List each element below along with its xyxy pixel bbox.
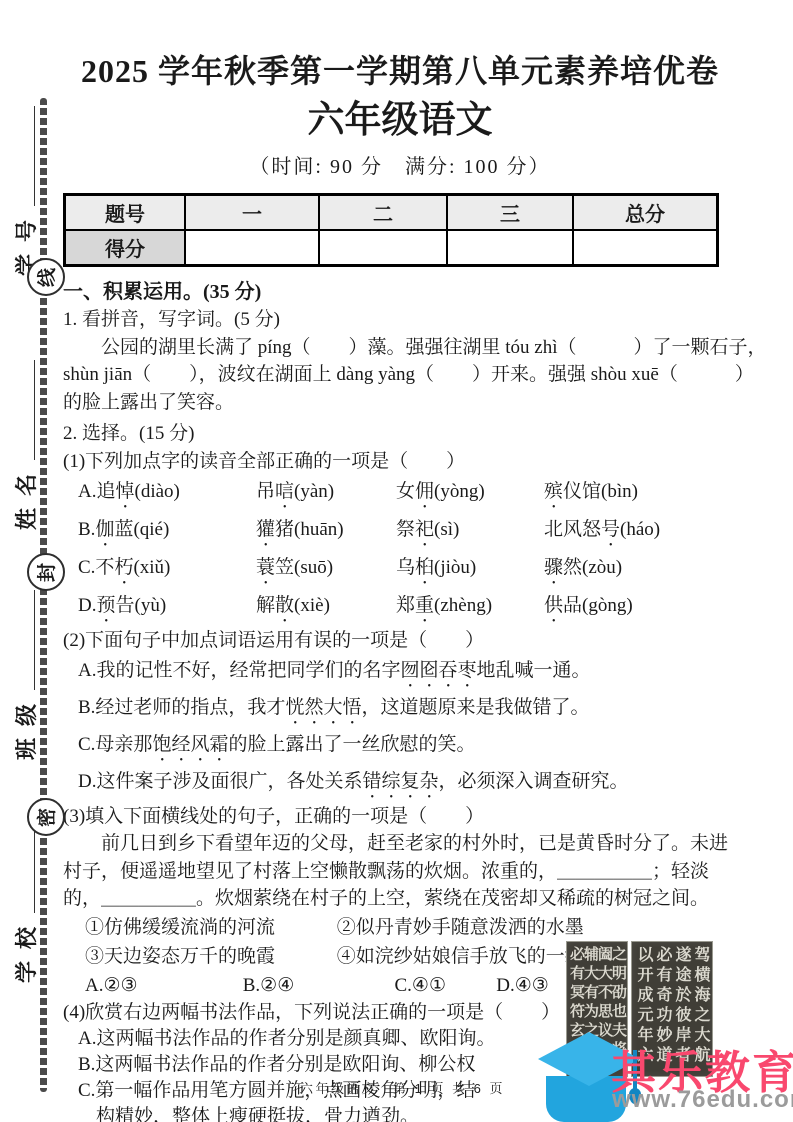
q2-1-c-1: C.不朽(xiǔ) — [78, 551, 256, 589]
q2-3-item-2: ②似丹青妙手随意泼洒的水墨 — [337, 917, 584, 938]
q2-3-items-row-1: ①仿佛缓缓流淌的河流 ②似丹青妙手随意泼洒的水墨 — [85, 913, 737, 942]
q2-3-stem: (3)填入下面横线处的句子，正确的一项是（ ） — [63, 803, 737, 831]
q2-1-d-2: 解散(xiè) — [256, 589, 396, 627]
q2-2-option-b: B.经过老师的指点，我才恍然大悟，这道题原来是我做错了。 — [78, 692, 737, 729]
q2-3-passage-2: 村子，便遥遥地望见了村落上空懒散飘荡的炊烟。浓重的，＿＿＿＿＿；轻淡 — [63, 858, 737, 886]
exam-title: 2025 学年秋季第一学期第八单元素养培优卷 — [63, 50, 737, 92]
calligraphy-panel-right: 以开成元年六 必有奇功妙道 遂途於彼岸者 驾横海之大航 — [631, 941, 713, 1077]
exam-meta: （时间: 90 分 满分: 100 分） — [63, 154, 737, 180]
calligraphy-column: 之明劭也夫将 — [611, 946, 625, 1074]
q2-1-option-grid: A.追悼(diào) 吊唁(yàn) 女佣(yòng) 殡仪馆(bìn) B.伽… — [78, 475, 737, 627]
q2-1-stem: (1)下列加点字的读音全部正确的一项是（ ） — [63, 448, 737, 476]
score-table-col-qnum: 题号 — [65, 195, 186, 231]
seal-char-line: 线 — [27, 258, 65, 296]
q1-line-2: shùn jiān（ ），波纹在湖面上 dàng yàng（ ）开来。强强 sh… — [63, 361, 737, 389]
field-class: 班级 — [11, 580, 39, 760]
q2-3-answer-d: D.④③ — [496, 975, 549, 996]
q2-2-option-d: D.这件案子涉及面很广，各处关系错综复杂，必须深入调查研究。 — [78, 766, 737, 803]
calligraphy-column: 阖大不思议之 — [597, 946, 611, 1074]
q2-3-passage-3: 的，＿＿＿＿＿。炊烟萦绕在村子的上空，萦绕在茂密却又稀疏的树冠之间。 — [63, 885, 737, 913]
q2-1-a-1: A.追悼(diào) — [78, 475, 256, 513]
score-table-header-row: 题号 一 二 三 总分 — [65, 195, 718, 231]
field-name-blank — [16, 360, 35, 460]
exam-subtitle: 六年级语文 — [63, 98, 737, 144]
calligraphy-column: 以开成元年六 — [635, 946, 652, 1074]
page-footer: 六年级语文 第 1 页 共 6 页 — [300, 1078, 505, 1097]
q2-2-stem: (2)下面句子中加点词语运用有误的一项是（ ） — [63, 627, 737, 655]
q2-1-c-4: 骤然(zòu) — [544, 551, 737, 589]
score-table-col-total: 总分 — [573, 195, 718, 231]
field-name-label: 姓名 — [10, 462, 41, 530]
q2-3-item-3: ③天边姿态万千的晚霞 — [85, 942, 332, 971]
calligraphy-column: 必有冥符玄契 — [569, 946, 583, 1074]
q2-3-passage-1: 前几日到乡下看望年迈的父母，赶至老家的村外时，已是黄昏时分了。未进 — [63, 830, 737, 858]
q2-title: 2. 选择。(15 分) — [63, 420, 737, 448]
q2-1-b-4: 北风怒号(háo) — [544, 513, 737, 551]
q1-title: 1. 看拼音，写字词。(5 分) — [63, 306, 737, 334]
q2-1-a-3: 女佣(yòng) — [396, 475, 544, 513]
score-table-col-three: 三 — [447, 195, 573, 231]
field-student-id-blank — [16, 106, 35, 206]
q2-1-d-4: 供品(gòng) — [544, 589, 737, 627]
seal-cut-line — [40, 98, 47, 1092]
q2-3-answer-c: C.④① — [395, 971, 492, 1000]
seal-char-feng-text: 封 — [32, 562, 59, 581]
seal-char-line-text: 线 — [32, 267, 59, 286]
q2-1-c-2: 蓑笠(suō) — [256, 551, 396, 589]
calligraphy-column: 辅大有为之君 — [583, 946, 597, 1074]
score-cell-total — [573, 230, 718, 266]
score-table-score-row: 得分 — [65, 230, 718, 266]
calligraphy-artworks: 必有冥符玄契 辅大有为之君 阖大不思议之 之明劭也夫将 以开成元年六 必有奇功妙… — [566, 941, 713, 1077]
score-table-col-two: 二 — [319, 195, 447, 231]
score-table: 题号 一 二 三 总分 得分 — [63, 193, 719, 267]
q1-line-3: 的脸上露出了笑容。 — [63, 389, 737, 417]
field-class-label: 班级 — [10, 692, 41, 760]
field-school-label: 学校 — [10, 915, 41, 983]
q2-1-c-3: 乌桕(jiòu) — [396, 551, 544, 589]
q1-line-1: 公园的湖里长满了 píng（ ）藻。强强往湖里 tóu zhì（ ）了一颗石子， — [63, 334, 737, 362]
seal-char-feng: 封 — [27, 553, 65, 591]
q2-1-b-1: B.伽蓝(qié) — [78, 513, 256, 551]
q2-3-answer-b: B.②④ — [243, 971, 390, 1000]
field-name: 姓名 — [11, 350, 39, 530]
q2-2-option-c: C.母亲那饱经风霜的脸上露出了一丝欣慰的笑。 — [78, 729, 737, 766]
q2-3-item-1: ①仿佛缓缓流淌的河流 — [85, 913, 332, 942]
q2-1-a-4: 殡仪馆(bìn) — [544, 475, 737, 513]
seal-char-mi-text: 密 — [32, 807, 59, 826]
calligraphy-column: 必有奇功妙道 — [654, 946, 671, 1074]
score-table-col-one: 一 — [185, 195, 319, 231]
field-class-blank — [16, 590, 35, 690]
q2-1-b-2: 獾猪(huān) — [256, 513, 396, 551]
score-cell-one — [185, 230, 319, 266]
field-student-id: 学号 — [11, 96, 39, 276]
score-cell-two — [319, 230, 447, 266]
calligraphy-panel-left: 必有冥符玄契 辅大有为之君 阖大不思议之 之明劭也夫将 — [566, 941, 628, 1077]
q2-4-option-c-wrap: 构精妙，整体上瘦硬挺拔，骨力遒劲。 — [96, 1104, 737, 1122]
q2-3-answer-a: A.②③ — [85, 971, 238, 1000]
q2-2-option-a: A.我的记性不好，经常把同学们的名字囫囵吞枣地乱喊一通。 — [78, 655, 737, 692]
q2-1-d-1: D.预告(yù) — [78, 589, 256, 627]
seal-char-mi: 密 — [27, 798, 65, 836]
q2-1-b-3: 祭祀(sì) — [396, 513, 544, 551]
q2-1-d-3: 郑重(zhèng) — [396, 589, 544, 627]
q2-1-a-2: 吊唁(yàn) — [256, 475, 396, 513]
section-one-heading: 一、积累运用。(35 分) — [63, 279, 737, 306]
calligraphy-column: 遂途於彼岸者 — [673, 946, 690, 1074]
calligraphy-column: 驾横海之大航 — [692, 946, 709, 1074]
score-table-row-label: 得分 — [65, 230, 186, 266]
score-cell-three — [447, 230, 573, 266]
